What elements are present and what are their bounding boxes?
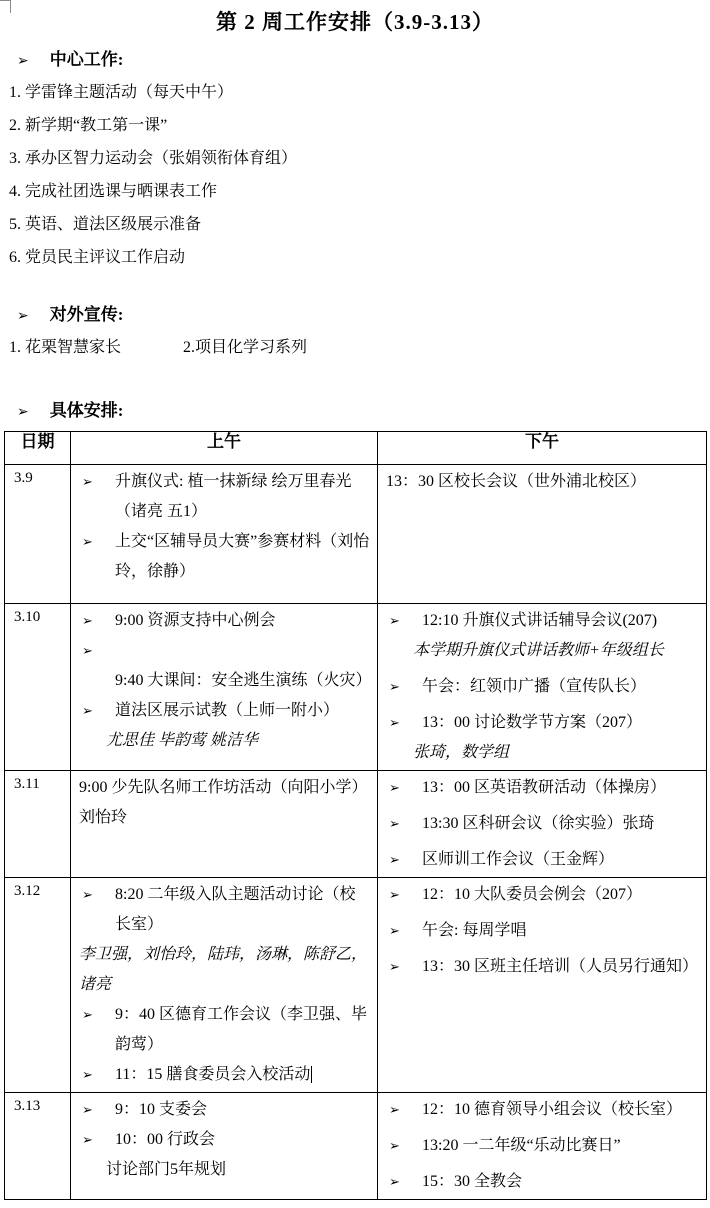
schedule-entry-text: 9:00 少先队名师工作坊活动（向阳小学）刘怡玲 (79, 779, 367, 826)
schedule-entry-text: 15：30 全教会 (422, 1173, 522, 1190)
table-row: 3.10➢9:00 资源支持中心例会➢9:40 大课间：安全逃生演练（火灾）➢道… (5, 604, 707, 771)
schedule-entry[interactable]: ➢12：10 德育领导小组会议（校长室） (386, 1095, 700, 1125)
center-work-item[interactable]: 5. 英语、道法区级展示准备 (9, 208, 706, 241)
arrow-bullet-icon: ➢ (79, 880, 115, 910)
corner-mark (0, 0, 11, 13)
arrow-bullet-icon: ➢ (386, 1131, 422, 1161)
center-work-item[interactable]: 2. 新学期“教工第一课” (9, 109, 706, 142)
schedule-entry[interactable]: ➢13:30 区科研会议（徐实验）张琦 (386, 809, 700, 839)
center-work-heading[interactable]: ➢ 中心工作: (4, 45, 706, 76)
schedule-entry-text: 13：30 区校长会议（世外浦北校区） (386, 473, 646, 490)
arrow-bullet-icon: ➢ (79, 696, 115, 726)
arrow-bullet-icon: ➢ (79, 1000, 115, 1030)
schedule-entry-text: 13：00 区英语教研活动（体操房） (422, 779, 666, 796)
publicity-heading[interactable]: ➢ 对外宣传: (4, 300, 706, 331)
am-cell[interactable]: ➢9:00 资源支持中心例会➢9:40 大课间：安全逃生演练（火灾）➢道法区展示… (71, 604, 378, 771)
pm-cell[interactable]: ➢13：00 区英语教研活动（体操房）➢13:30 区科研会议（徐实验）张琦➢区… (378, 771, 707, 878)
schedule-entry-text: 区师训工作会议（王金辉） (422, 851, 614, 868)
page-title[interactable]: 第 2 周工作安排（3.9-3.13） (4, 8, 706, 37)
date-cell[interactable]: 3.13 (5, 1093, 71, 1200)
schedule-entry[interactable]: ➢9:00 资源支持中心例会 (79, 606, 371, 636)
schedule-entry[interactable]: 讨论部门5年规划 (79, 1155, 371, 1185)
arrow-bullet-icon: ➢ (386, 708, 422, 738)
pm-cell[interactable]: ➢12：10 大队委员会例会（207）➢午会: 每周学唱➢13：30 区班主任培… (378, 878, 707, 1093)
center-work-item[interactable]: 3. 承办区智力运动会（张娟领衔体育组） (9, 142, 706, 175)
schedule-entry[interactable]: ➢上交“区辅导员大赛”参赛材料（刘怡玲，徐静） (79, 527, 371, 587)
pm-cell[interactable]: ➢12:10 升旗仪式讲话辅导会议(207)本学期升旗仪式讲话教师+年级组长➢午… (378, 604, 707, 771)
arrow-bullet-icon: ➢ (79, 636, 115, 666)
schedule-entry-text: 午会: 每周学唱 (422, 922, 526, 939)
center-work-item[interactable]: 4. 完成社团选课与晒课表工作 (9, 175, 706, 208)
schedule-entry-text: 12：10 德育领导小组会议（校长室） (422, 1101, 682, 1118)
schedule-heading-label: 具体安排: (50, 396, 124, 427)
arrow-bullet-icon: ➢ (386, 809, 422, 839)
arrow-bullet-icon: ➢ (386, 952, 422, 982)
arrow-bullet-icon: ➢ (17, 304, 29, 329)
schedule-entry[interactable]: ➢午会: 每周学唱 (386, 916, 700, 946)
arrow-bullet-icon: ➢ (79, 527, 115, 557)
text-cursor (311, 1066, 312, 1083)
schedule-entry-text: 9：40 区德育工作会议（李卫强、毕韵莺） (115, 1006, 367, 1053)
schedule-entry[interactable]: ➢13：00 讨论数学节方案（207） (386, 708, 700, 738)
schedule-entry-text: 升旗仪式: 植一抹新绿 绘万里春光（诸亮 五1） (115, 473, 351, 520)
schedule-entry-text: 9:00 资源支持中心例会 (115, 612, 275, 629)
section-schedule: ➢ 具体安排: 日期上午下午 3.9➢升旗仪式: 植一抹新绿 绘万里春光（诸亮 … (4, 396, 706, 1201)
section-center-work: ➢ 中心工作: 1. 学雷锋主题活动（每天中午）2. 新学期“教工第一课”3. … (4, 45, 706, 274)
arrow-bullet-icon: ➢ (386, 773, 422, 803)
arrow-bullet-icon: ➢ (386, 606, 422, 636)
column-header-pm: 下午 (378, 432, 707, 465)
schedule-entry-text: 张琦，数学组 (413, 744, 509, 761)
schedule-entry[interactable]: ➢13：00 区英语教研活动（体操房） (386, 773, 700, 803)
schedule-entry-text: 13：00 讨论数学节方案（207） (422, 714, 642, 731)
am-cell[interactable]: ➢9：10 支委会➢10：00 行政会讨论部门5年规划 (71, 1093, 378, 1200)
pm-cell[interactable]: 13：30 区校长会议（世外浦北校区） (378, 465, 707, 604)
schedule-entry[interactable]: ➢12：10 大队委员会例会（207） (386, 880, 700, 910)
schedule-entry-text: 本学期升旗仪式讲话教师+年级组长 (413, 642, 664, 659)
schedule-entry[interactable]: 本学期升旗仪式讲话教师+年级组长 (386, 636, 700, 666)
schedule-entry-text: 12：10 大队委员会例会（207） (422, 886, 642, 903)
schedule-entry[interactable]: ➢午会：红领巾广播（宣传队长） (386, 672, 700, 702)
schedule-entry[interactable]: ➢区师训工作会议（王金辉） (386, 845, 700, 875)
schedule-heading[interactable]: ➢ 具体安排: (4, 396, 706, 427)
arrow-bullet-icon: ➢ (386, 1167, 422, 1197)
arrow-bullet-icon: ➢ (79, 467, 115, 497)
schedule-entry-text: 8:20 二年级入队主题活动讨论（校长室） (115, 886, 355, 933)
schedule-entry-text: 13:20 一二年级“乐动比赛日” (422, 1137, 621, 1154)
schedule-entry[interactable]: ➢15：30 全教会 (386, 1167, 700, 1197)
arrow-bullet-icon: ➢ (17, 400, 29, 425)
am-cell[interactable]: ➢8:20 二年级入队主题活动讨论（校长室）李卫强，刘怡玲，陆玮，汤琳，陈舒乙，… (71, 878, 378, 1093)
arrow-bullet-icon: ➢ (386, 1095, 422, 1125)
schedule-entry[interactable]: ➢13：30 区班主任培训（人员另行通知） (386, 952, 700, 982)
publicity-item-2: 2.项目化学习系列 (183, 339, 307, 356)
schedule-entry[interactable]: ➢道法区展示试教（上师一附小） (79, 696, 371, 726)
document-page: 第 2 周工作安排（3.9-3.13） ➢ 中心工作: 1. 学雷锋主题活动（每… (0, 0, 710, 1208)
schedule-table-body: 3.9➢升旗仪式: 植一抹新绿 绘万里春光（诸亮 五1）➢上交“区辅导员大赛”参… (5, 465, 707, 1200)
schedule-entry[interactable]: ➢9：40 区德育工作会议（李卫强、毕韵莺） (79, 1000, 371, 1060)
schedule-entry-text: 李卫强，刘怡玲，陆玮，汤琳，陈舒乙，诸亮 (79, 946, 367, 993)
schedule-entry-text: 尤思佳 毕韵莺 姚洁华 (106, 732, 258, 749)
table-row: 3.12➢8:20 二年级入队主题活动讨论（校长室）李卫强，刘怡玲，陆玮，汤琳，… (5, 878, 707, 1093)
schedule-entry-text: 讨论部门5年规划 (106, 1161, 226, 1178)
date-cell[interactable]: 3.11 (5, 771, 71, 878)
arrow-bullet-icon: ➢ (386, 880, 422, 910)
schedule-entry[interactable]: ➢9:40 大课间：安全逃生演练（火灾） (79, 636, 371, 696)
center-work-item[interactable]: 1. 学雷锋主题活动（每天中午） (9, 76, 706, 109)
schedule-entry-text: 9:40 大课间：安全逃生演练（火灾） (115, 672, 371, 689)
schedule-entry-text: 12:10 升旗仪式讲话辅导会议(207) (422, 612, 657, 629)
arrow-bullet-icon: ➢ (79, 1060, 115, 1090)
arrow-bullet-icon: ➢ (17, 49, 29, 74)
schedule-entry[interactable]: ➢12:10 升旗仪式讲话辅导会议(207) (386, 606, 700, 636)
arrow-bullet-icon: ➢ (386, 916, 422, 946)
table-row: 3.9➢升旗仪式: 植一抹新绿 绘万里春光（诸亮 五1）➢上交“区辅导员大赛”参… (5, 465, 707, 604)
schedule-entry[interactable]: 张琦，数学组 (386, 738, 700, 768)
schedule-entry[interactable]: 13：30 区校长会议（世外浦北校区） (386, 467, 700, 497)
table-header-row: 日期上午下午 (5, 432, 707, 465)
column-header-date: 日期 (5, 432, 71, 465)
schedule-entry[interactable]: ➢13:20 一二年级“乐动比赛日” (386, 1131, 700, 1161)
table-row: 3.119:00 少先队名师工作坊活动（向阳小学）刘怡玲➢13：00 区英语教研… (5, 771, 707, 878)
schedule-entry-text: 13:30 区科研会议（徐实验）张琦 (422, 815, 654, 832)
am-cell[interactable]: ➢升旗仪式: 植一抹新绿 绘万里春光（诸亮 五1）➢上交“区辅导员大赛”参赛材料… (71, 465, 378, 604)
schedule-entry[interactable]: 李卫强，刘怡玲，陆玮，汤琳，陈舒乙，诸亮 (79, 940, 371, 1000)
schedule-entry-text: 13：30 区班主任培训（人员另行通知） (422, 958, 698, 975)
schedule-entry[interactable]: ➢11：15 膳食委员会入校活动 (79, 1060, 371, 1090)
schedule-entry-text: 9：10 支委会 (115, 1101, 207, 1118)
schedule-entry-text: 午会：红领巾广播（宣传队长） (422, 678, 646, 695)
arrow-bullet-icon: ➢ (79, 1125, 115, 1155)
schedule-entry-text: 11：15 膳食委员会入校活动 (115, 1066, 310, 1083)
schedule-entry-text: 道法区展示试教（上师一附小） (115, 702, 339, 719)
table-row: 3.13➢9：10 支委会➢10：00 行政会讨论部门5年规划➢12：10 德育… (5, 1093, 707, 1200)
schedule-entry[interactable]: ➢9：10 支委会 (79, 1095, 371, 1125)
arrow-bullet-icon: ➢ (386, 845, 422, 875)
publicity-heading-label: 对外宣传: (50, 300, 124, 331)
date-cell[interactable]: 3.12 (5, 878, 71, 1093)
schedule-entry-text: 上交“区辅导员大赛”参赛材料（刘怡玲，徐静） (115, 533, 369, 580)
arrow-bullet-icon: ➢ (79, 606, 115, 636)
arrow-bullet-icon: ➢ (386, 672, 422, 702)
schedule-entry[interactable]: ➢10：00 行政会 (79, 1125, 371, 1155)
schedule-table: 日期上午下午 3.9➢升旗仪式: 植一抹新绿 绘万里春光（诸亮 五1）➢上交“区… (4, 431, 707, 1200)
date-cell[interactable]: 3.10 (5, 604, 71, 771)
publicity-item-1: 1. 花栗智慧家长 (9, 339, 121, 356)
date-cell[interactable]: 3.9 (5, 465, 71, 604)
schedule-entry[interactable]: 尤思佳 毕韵莺 姚洁华 (79, 726, 371, 756)
arrow-bullet-icon: ➢ (79, 1095, 115, 1125)
am-cell[interactable]: 9:00 少先队名师工作坊活动（向阳小学）刘怡玲 (71, 771, 378, 878)
center-work-item[interactable]: 6. 党员民主评议工作启动 (9, 241, 706, 274)
pm-cell[interactable]: ➢12：10 德育领导小组会议（校长室）➢13:20 一二年级“乐动比赛日”➢1… (378, 1093, 707, 1200)
column-header-am: 上午 (71, 432, 378, 465)
schedule-entry[interactable]: 9:00 少先队名师工作坊活动（向阳小学）刘怡玲 (79, 773, 371, 833)
schedule-table-head: 日期上午下午 (5, 432, 707, 465)
section-publicity: ➢ 对外宣传: 1. 花栗智慧家长 2.项目化学习系列 (4, 300, 706, 364)
publicity-line[interactable]: 1. 花栗智慧家长 2.项目化学习系列 (4, 331, 706, 364)
schedule-entry[interactable]: ➢8:20 二年级入队主题活动讨论（校长室） (79, 880, 371, 940)
schedule-entry-text: 10：00 行政会 (115, 1131, 215, 1148)
center-work-heading-label: 中心工作: (50, 45, 124, 76)
center-work-list: 1. 学雷锋主题活动（每天中午）2. 新学期“教工第一课”3. 承办区智力运动会… (4, 76, 706, 274)
schedule-entry[interactable]: ➢升旗仪式: 植一抹新绿 绘万里春光（诸亮 五1） (79, 467, 371, 527)
